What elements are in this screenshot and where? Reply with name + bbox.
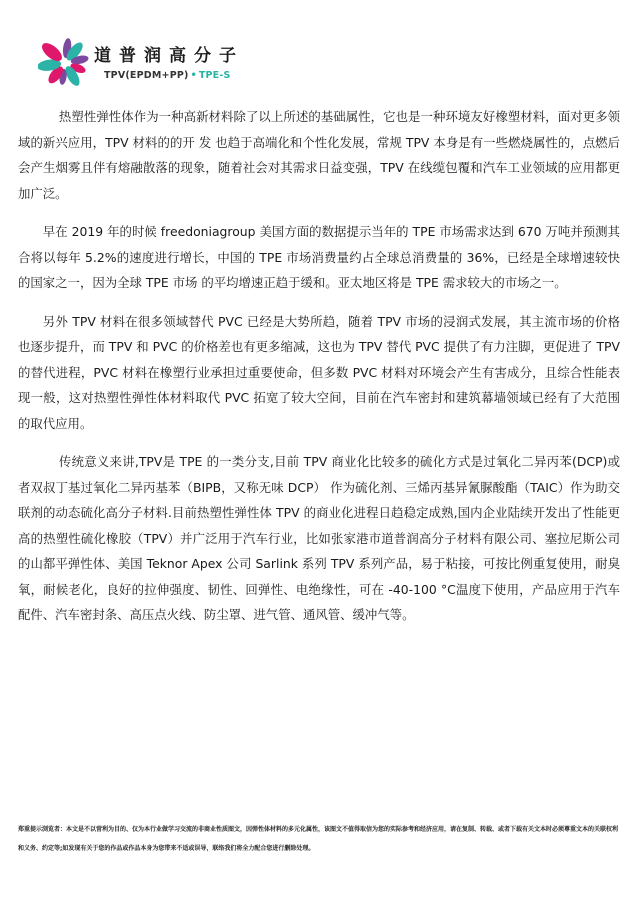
- paragraph-1: 热塑性弹性体作为一种高新材料除了以上所述的基础属性，它也是一种环境友好橡塑材料，…: [18, 104, 620, 206]
- tagline-main: TPV(EPDM+PP): [104, 70, 189, 81]
- brand-tagline: TPV(EPDM+PP)•TPE-S: [104, 70, 231, 81]
- paragraph-4: 传统意义来讲,TPV是 TPE 的一类分支,目前 TPV 商业化比较多的硫化方式…: [18, 449, 620, 628]
- footer-disclaimer: 郑重提示浏览者：本文是不以营利为目的、仅为本行业做学习交流的非商业性质图文，因弹…: [18, 820, 620, 858]
- flower-petals-logo-icon: [38, 36, 90, 88]
- header: 道普润高分子 TPV(EPDM+PP)•TPE-S: [38, 36, 258, 92]
- brand-name: 道普润高分子: [94, 41, 244, 66]
- article-body: 热塑性弹性体作为一种高新材料除了以上所述的基础属性，它也是一种环境友好橡塑材料，…: [18, 104, 620, 628]
- tagline-sub: TPE-S: [199, 70, 231, 81]
- tagline-separator: •: [191, 70, 197, 81]
- paragraph-3: 另外 TPV 材料在很多领域替代 PVC 已经是大势所趋，随着 TPV 市场的浸…: [18, 309, 620, 437]
- paragraph-2: 早在 2019 年的时候 freedoniagroup 美国方面的数据提示当年的…: [18, 219, 620, 296]
